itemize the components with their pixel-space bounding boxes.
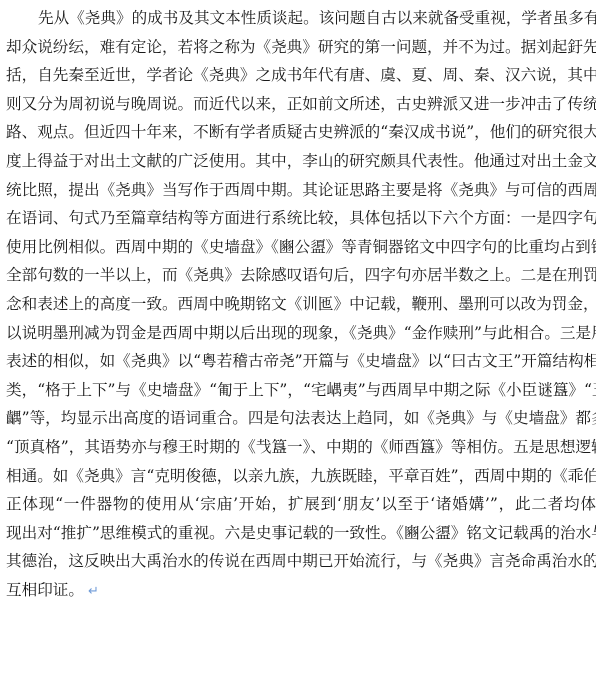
text-line: 以说明墨刑减为罚金是西周中期以后出现的现象，《尧典》“金作赎刑”与此相合。三是用… <box>6 319 596 348</box>
text-line: 却众说纷纭，难有定论，若将之称为《尧典》研究的第一问题，并不为过。据刘起釪先生概 <box>6 33 596 62</box>
text-line: 现出对“推扩”思维模式的重视。六是史事记载的一致性。《豳公盨》铭文记载禹的治水与 <box>6 519 596 548</box>
text-line: 则又分为周初说与晚周说。而近代以来，正如前文所述，古史辨派又进一步冲击了传统的思 <box>6 90 596 119</box>
text-line: “顶真格”，其语势亦与穆王时期的《𢦏簋一》、中期的《师酉簋》等相仿。五是思想逻辑… <box>6 433 596 462</box>
text-line: 括，自先秦至近世，学者论《尧典》之成书年代有唐、虞、夏、周、秦、汉六说，其中周说 <box>6 61 596 90</box>
text-line: 其德治，这反映出大禹治水的传说在西周中期已开始流行，与《尧典》言尧命禹治水的记载 <box>6 547 596 576</box>
text-line: 路、观点。但近四十年来，不断有学者质疑古史辨派的“秦汉成书说”，他们的研究很大程 <box>6 118 596 147</box>
text-line: 齵”等，均显示出高度的语词重合。四是句法表达上趋同，如《尧典》与《史墙盘》都多用 <box>6 404 596 433</box>
paragraph-mark-icon: ↵ <box>88 584 99 599</box>
text-line-last: 互相印证。↵ <box>6 576 596 605</box>
text-line: 相通。如《尧典》言“克明俊德，以亲九族，九族既睦，平章百姓”，西周中期的《乖伯簋… <box>6 462 596 491</box>
document-page: 先从《尧典》的成书及其文本性质谈起。该问题自古以来就备受重视，学者虽多有探讨， … <box>0 0 600 687</box>
body-paragraph[interactable]: 先从《尧典》的成书及其文本性质谈起。该问题自古以来就备受重视，学者虽多有探讨， … <box>6 4 596 604</box>
text-line: 表述的相似，如《尧典》以“粤若稽古帝尧”开篇与《史墙盘》以“曰古文王”开篇结构相 <box>6 347 596 376</box>
text-line: 正体现“一件器物的使用从‘宗庙’开始，扩展到‘朋友’以至于‘诸婚媾’”，此二者均… <box>6 490 596 519</box>
text-line: 全部句数的一半以上，而《尧典》去除感叹语句后，四字句亦居半数之上。二是在刑罚的观 <box>6 261 596 290</box>
text-line: 在语词、句式乃至篇章结构等方面进行系统比较，具体包括以下六个方面：一是四字句式的 <box>6 204 596 233</box>
text-line: 统比照，提出《尧典》当写作于西周中期。其论证思路主要是将《尧典》与可信的西周金文… <box>6 176 596 205</box>
text-line: 度上得益于对出土文献的广泛使用。其中，李山的研究颇具代表性。他通过对出土金文的系 <box>6 147 596 176</box>
text-line: 使用比例相似。西周中期的《史墙盘》《豳公盨》等青铜器铭文中四字句的比重均占到铭文 <box>6 233 596 262</box>
text-line: 念和表述上的高度一致。西周中晚期铭文《训匜》中记载，鞭刑、墨刑可以改为罚金，这可 <box>6 290 596 319</box>
text-line: 先从《尧典》的成书及其文本性质谈起。该问题自古以来就备受重视，学者虽多有探讨， <box>6 4 596 33</box>
text-line: 类，“格于上下”与《史墙盘》“匍于上下”，“宅嵎夷”与西周早中期之际《小臣谜簋》… <box>6 376 596 405</box>
last-line-text: 互相印证。 <box>6 581 84 599</box>
